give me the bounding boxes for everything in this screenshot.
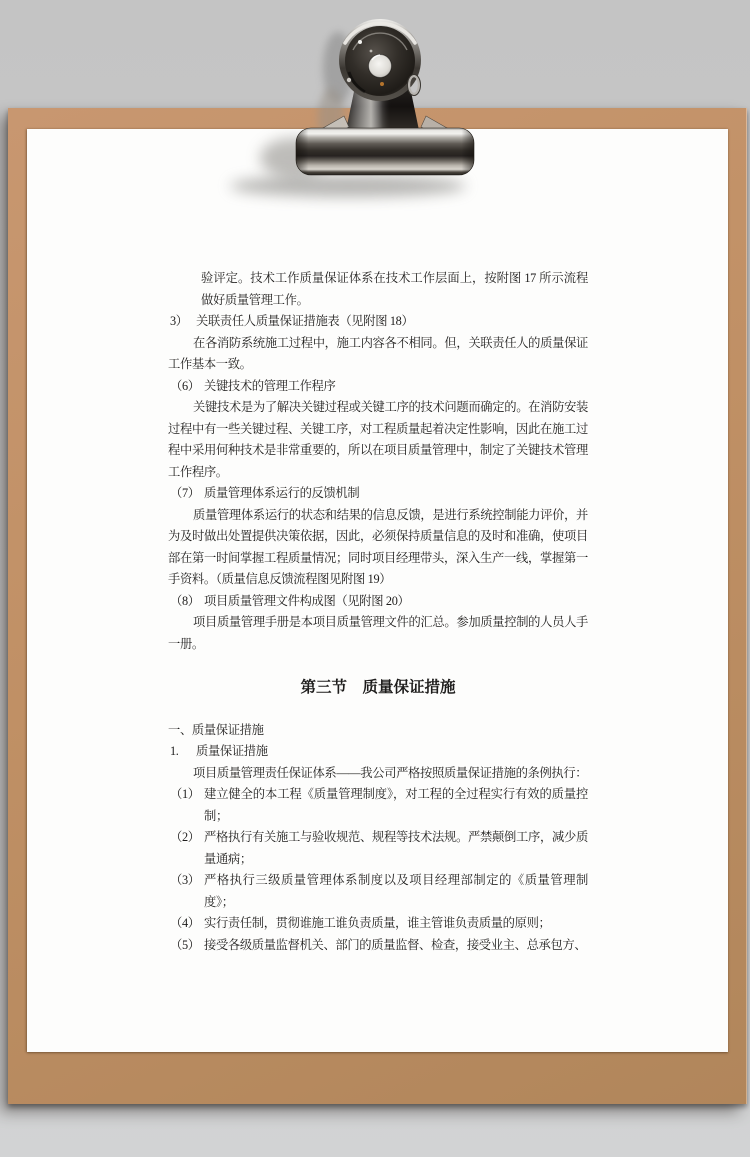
list-item-text: 严格执行有关施工与验收规范、规程等技术法规。严禁颠倒工序，减少质量通病； bbox=[204, 830, 588, 866]
list-item: （1）建立健全的本工程《质量管理制度》，对工程的全过程实行有效的质量控制； bbox=[168, 784, 588, 827]
list-item-number: （8） bbox=[170, 591, 200, 613]
document-page: 验评定。技术工作质量保证体系在技术工作层面上，按附图 17 所示流程做好质量管理… bbox=[27, 129, 728, 1052]
list-item-number: （6） bbox=[170, 376, 200, 398]
clip-bar-endcaps bbox=[296, 128, 474, 175]
clip-tab-left bbox=[347, 78, 351, 82]
binder-clip bbox=[0, 0, 750, 230]
list-item: 3）关联责任人质量保证措施表（见附图 18） bbox=[168, 311, 588, 333]
clip-hole bbox=[369, 55, 392, 78]
list-item: 1.质量保证措施 bbox=[168, 741, 588, 763]
list-item-number: （4） bbox=[170, 913, 200, 935]
paragraph: 项目质量管理责任保证体系——我公司严格按照质量保证措施的条例执行： bbox=[168, 763, 588, 785]
clip-glint-2 bbox=[370, 50, 373, 53]
list-item: （3）严格执行三级质量管理体系制度以及项目经理部制定的《质量管理制度》； bbox=[168, 870, 588, 913]
clipboard-board: 验评定。技术工作质量保证体系在技术工作层面上，按附图 17 所示流程做好质量管理… bbox=[8, 108, 747, 1104]
document-content: 验评定。技术工作质量保证体系在技术工作层面上，按附图 17 所示流程做好质量管理… bbox=[168, 268, 588, 956]
list-item-number: （1） bbox=[170, 784, 200, 806]
list-item: （4）实行责任制，贯彻谁施工谁负责质量，谁主管谁负责质量的原则； bbox=[168, 913, 588, 935]
list-item-number: （5） bbox=[170, 935, 200, 957]
list-item-text: 建立健全的本工程《质量管理制度》，对工程的全过程实行有效的质量控制； bbox=[204, 787, 588, 823]
clip-glint-1 bbox=[358, 40, 362, 44]
photo-scene: 验评定。技术工作质量保证体系在技术工作层面上，按附图 17 所示流程做好质量管理… bbox=[0, 0, 750, 1157]
list-item-text: 接受各级质量监督机关、部门的质量监督、检查，接受业主、总承包方、 bbox=[204, 938, 586, 952]
paragraph: 在各消防系统施工过程中，施工内容各不相同。但，关联责任人的质量保证工作基本一致。 bbox=[168, 333, 588, 376]
paragraph: 一、质量保证措施 bbox=[168, 720, 588, 742]
paragraph: 验评定。技术工作质量保证体系在技术工作层面上，按附图 17 所示流程做好质量管理… bbox=[168, 268, 588, 311]
list-item-text: 质量保证措施 bbox=[196, 744, 268, 758]
list-item-number: 1. bbox=[170, 741, 179, 763]
paragraph: 项目质量管理手册是本项目质量管理文件的汇总。参加质量控制的人员人手一册。 bbox=[168, 612, 588, 655]
list-item-number: 3） bbox=[170, 311, 188, 333]
list-item-text: 实行责任制，贯彻谁施工谁负责质量，谁主管谁负责质量的原则； bbox=[204, 916, 550, 930]
list-item-number: （3） bbox=[170, 870, 200, 892]
list-item: （2）严格执行有关施工与验收规范、规程等技术法规。严禁颠倒工序，减少质量通病； bbox=[168, 827, 588, 870]
list-item-number: （2） bbox=[170, 827, 200, 849]
list-item: （6）关键技术的管理工作程序 bbox=[168, 376, 588, 398]
list-item: （5）接受各级质量监督机关、部门的质量监督、检查，接受业主、总承包方、 bbox=[168, 935, 588, 957]
list-item-text: 关联责任人质量保证措施表（见附图 18） bbox=[196, 314, 413, 328]
list-item-text: 项目质量管理文件构成图（见附图 20） bbox=[204, 594, 409, 608]
clip-shadow-under-bar bbox=[230, 175, 466, 197]
section-heading: 第三节 质量保证措施 bbox=[168, 677, 588, 699]
paragraph: 关键技术是为了解决关键过程或关键工序的技术问题而确定的。在消防安装过程中有一些关… bbox=[168, 397, 588, 483]
clip-reflection-orange bbox=[380, 82, 384, 86]
list-item-number: （7） bbox=[170, 483, 200, 505]
paragraph: 质量管理体系运行的状态和结果的信息反馈，是进行系统控制能力评价，并为及时做出处置… bbox=[168, 505, 588, 591]
list-item-text: 质量管理体系运行的反馈机制 bbox=[204, 486, 359, 500]
list-item: （8）项目质量管理文件构成图（见附图 20） bbox=[168, 591, 588, 613]
list-item-text: 严格执行三级质量管理体系制度以及项目经理部制定的《质量管理制度》； bbox=[204, 873, 588, 909]
list-item-text: 关键技术的管理工作程序 bbox=[204, 379, 335, 393]
list-item: （7）质量管理体系运行的反馈机制 bbox=[168, 483, 588, 505]
